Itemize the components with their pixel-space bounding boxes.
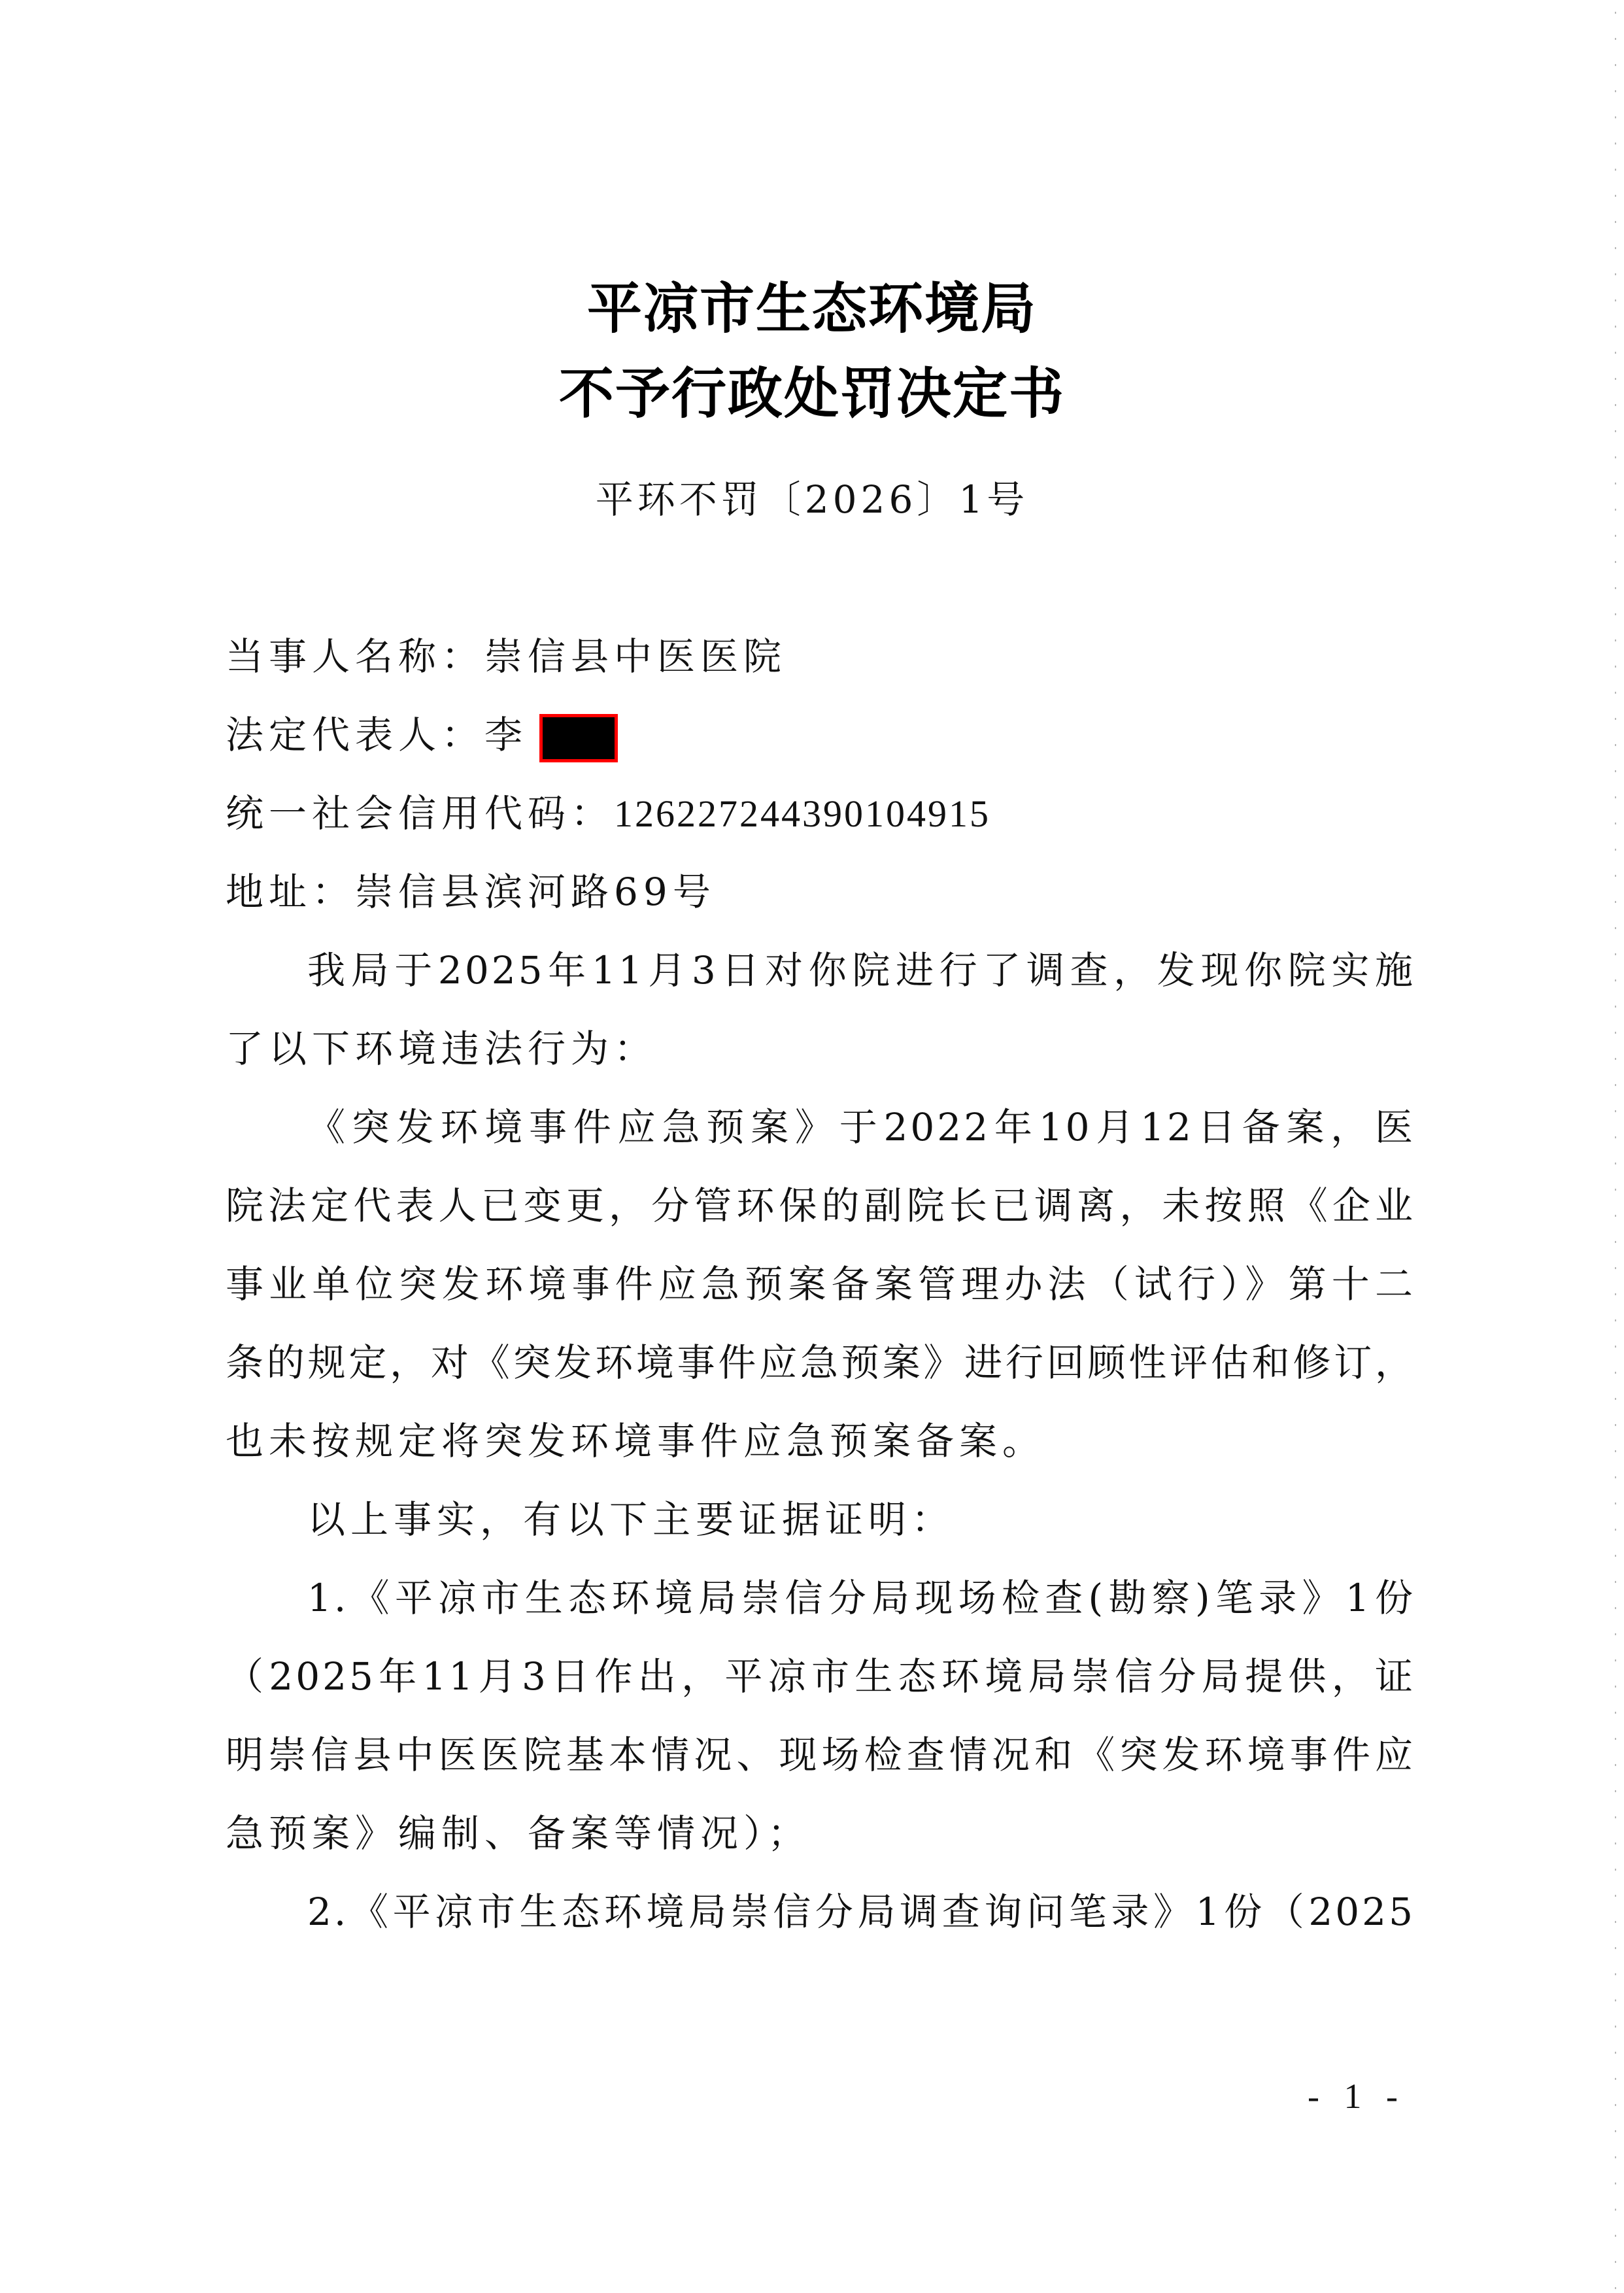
credit-code-label: 统一社会信用代码： xyxy=(226,791,614,836)
document-number: 平环不罚〔2026〕1号 xyxy=(0,481,1624,518)
legal-representative-row: 法定代表人：李 xyxy=(226,716,528,754)
evidence-item-2: 2.《平凉市生态环境局崇信分局调查询问笔录》1份（2025 xyxy=(307,1893,1415,1931)
credit-code-row: 统一社会信用代码：126227244390104915 xyxy=(226,794,990,833)
body-line: 我局于2025年11月3日对你院进行了调查，发现你院实施 xyxy=(307,951,1415,989)
credit-code-value: 126227244390104915 xyxy=(614,792,990,835)
legal-representative-value: 李 xyxy=(484,713,528,757)
agency-title: 平凉市生态环境局 xyxy=(0,281,1624,336)
address-row: 地址：崇信县滨河路69号 xyxy=(226,873,716,911)
body-line: 《突发环境事件应急预案》于2022年10月12日备案，医 xyxy=(307,1108,1415,1146)
page-number: - 1 - xyxy=(1308,2076,1406,2116)
party-name-label: 当事人名称： xyxy=(226,634,484,679)
legal-representative-label: 法定代表人： xyxy=(226,713,484,757)
address-label: 地址： xyxy=(226,870,355,914)
party-name-row: 当事人名称：崇信县中医医院 xyxy=(226,637,787,675)
redaction-box xyxy=(539,714,618,762)
body-line: 事业单位突发环境事件应急预案备案管理办法（试行）》第十二 xyxy=(226,1265,1415,1303)
address-value: 崇信县滨河路69号 xyxy=(355,870,716,914)
body-line: 也未按规定将突发环境事件应急预案备案。 xyxy=(226,1422,1045,1460)
body-line: 了以下环境违法行为： xyxy=(226,1030,657,1068)
evidence-item-1: 1.《平凉市生态环境局崇信分局现场检查(勘察)笔录》1份 xyxy=(307,1579,1415,1617)
document-page: 平凉市生态环境局 不予行政处罚决定书 平环不罚〔2026〕1号 当事人名称：崇信… xyxy=(0,0,1624,2293)
body-line: 明崇信县中医医院基本情况、现场检查情况和《突发环境事件应 xyxy=(226,1736,1415,1774)
body-line: 急预案》编制、备案等情况）； xyxy=(226,1814,811,1852)
body-line: 院法定代表人已变更，分管环保的副院长已调离，未按照《企业 xyxy=(226,1187,1415,1225)
scan-artifact-edge xyxy=(1615,0,1616,2293)
body-line: （2025年11月3日作出，平凉市生态环境局崇信分局提供，证 xyxy=(226,1657,1415,1695)
document-type-title: 不予行政处罚决定书 xyxy=(0,366,1624,421)
body-line: 条的规定，对《突发环境事件应急预案》进行回顾性评估和修订， xyxy=(226,1344,1415,1382)
party-name-value: 崇信县中医医院 xyxy=(484,634,787,679)
evidence-intro: 以上事实，有以下主要证据证明： xyxy=(307,1501,955,1538)
